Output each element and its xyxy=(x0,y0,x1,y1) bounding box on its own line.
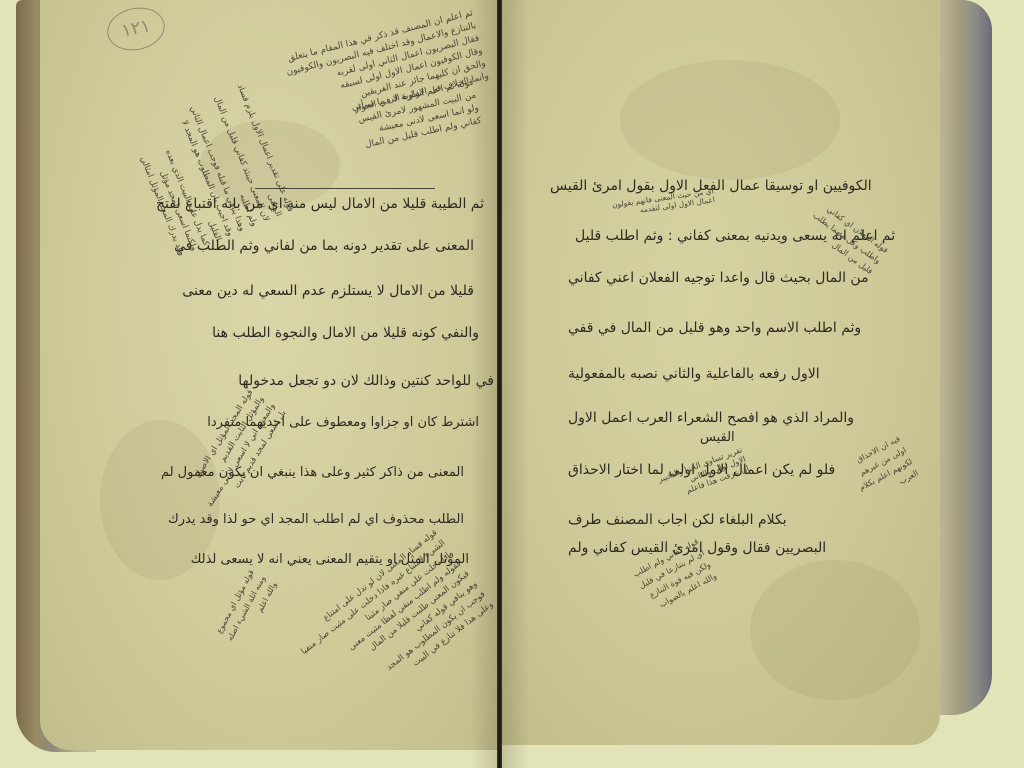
left-main-line: قليلا من الامال لا يستلزم عدم السعي له د… xyxy=(182,283,474,299)
left-main-line: في للواحد كنتين وذالك لان دو تجعل مدخوله… xyxy=(238,373,494,389)
left-main-line: والنفي كونه قليلا من الامال والنجوة الطل… xyxy=(212,325,479,341)
book-cover-right-edge xyxy=(932,0,992,715)
paper-stain xyxy=(620,60,840,180)
paper-stain xyxy=(750,560,920,700)
right-main-line: الاول رفعه بالفاعلية والثاني نصبه بالمفع… xyxy=(568,366,820,382)
right-main-line: والمراد الذي هو افصح الشعراء العرب اعمل … xyxy=(568,410,854,426)
right-main-line: بكلام البلغاء لكن اجاب المصنف طرف xyxy=(568,512,787,528)
right-main-line: من المال بحيث قال واعدا توجيه الفعلان اع… xyxy=(568,270,869,286)
right-main-line: وثم اطلب الاسم واحد وهو قليل من المال في… xyxy=(568,320,861,336)
right-main-line: القيس xyxy=(700,430,735,445)
book-gutter xyxy=(497,0,502,768)
